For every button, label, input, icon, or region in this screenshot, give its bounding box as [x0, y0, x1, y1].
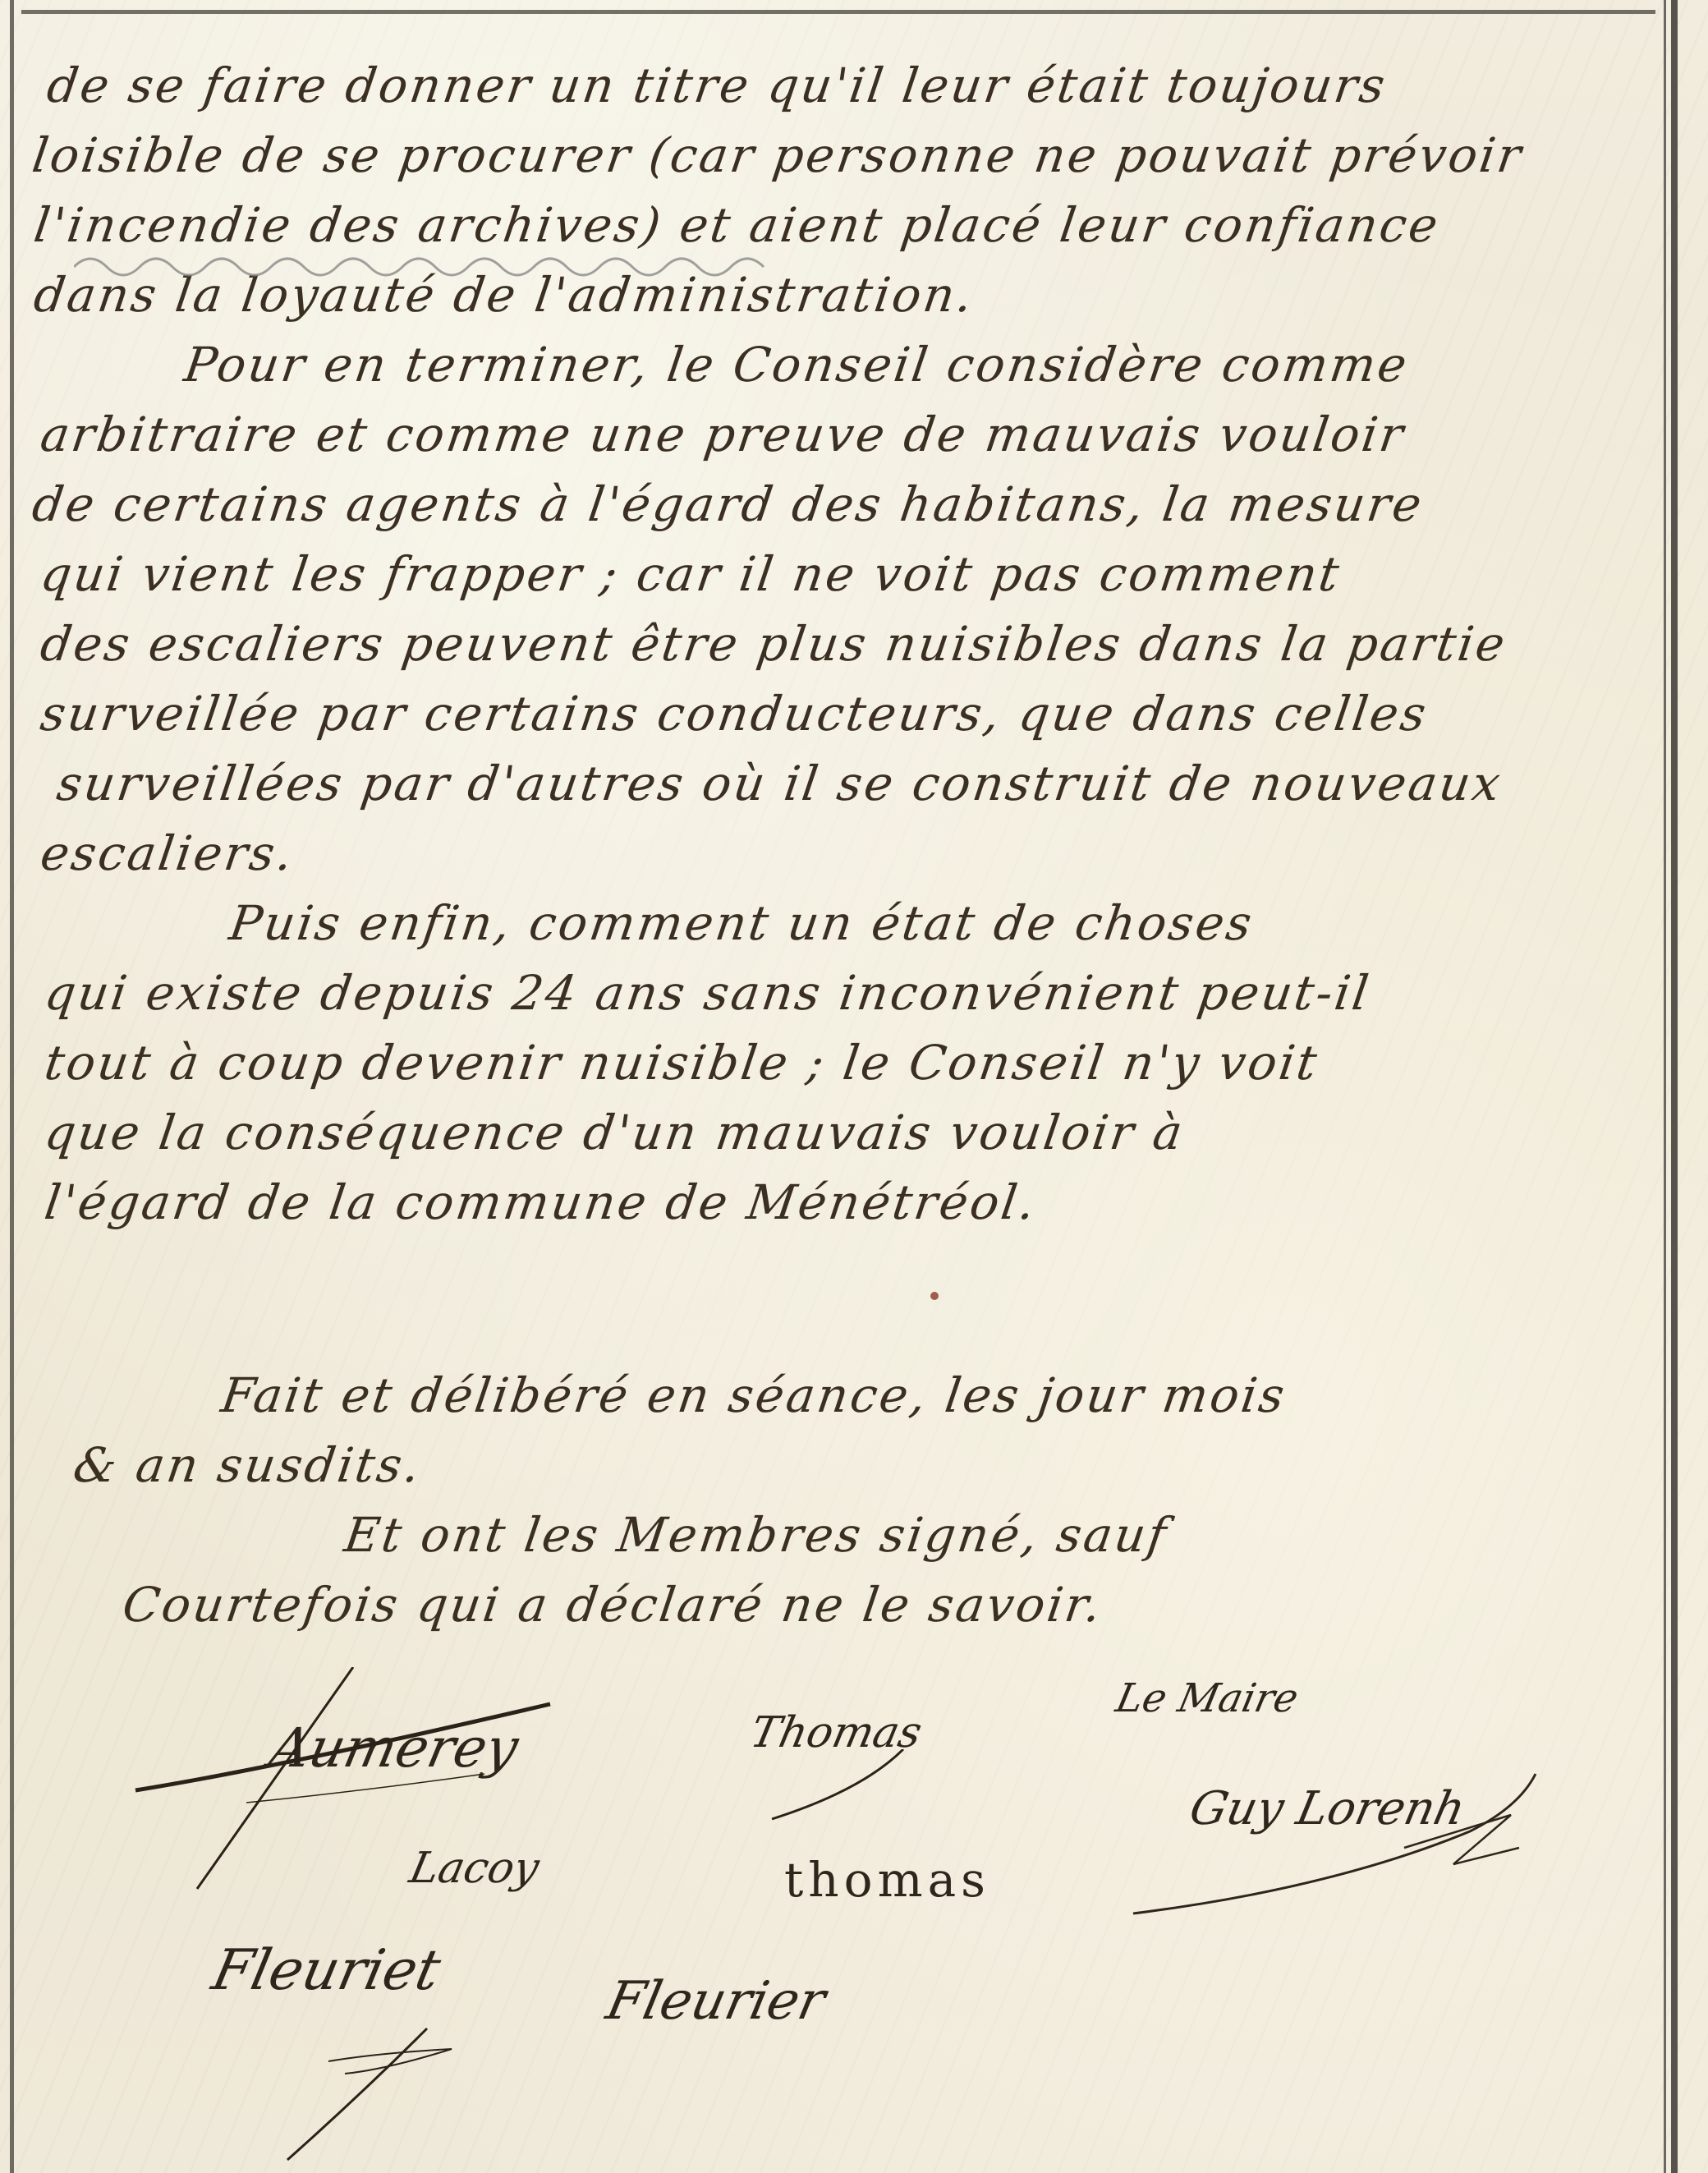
- text-line: arbitraire et comme une preuve de mauvai…: [37, 407, 1409, 462]
- left-margin-rule: [10, 0, 14, 2173]
- text-line: Fait et délibéré en séance, les jour moi…: [218, 1367, 1290, 1423]
- thomas-signature-flourish: [764, 1749, 911, 1823]
- mayor-label: Le Maire: [1112, 1675, 1302, 1721]
- text-line: surveillées par d'autres où il se constr…: [53, 756, 1506, 811]
- text-line: l'incendie des archives) et aient placé …: [30, 197, 1444, 253]
- top-rule: [21, 10, 1655, 14]
- text-line: que la conséquence d'un mauvais vouloir …: [41, 1105, 1188, 1160]
- text-line: & an susdits.: [70, 1437, 425, 1493]
- right-margin-rule-thin: [1664, 0, 1666, 2173]
- right-margin-rule-thick: [1671, 0, 1678, 2173]
- text-line: des escaliers peuvent être plus nuisible…: [37, 616, 1510, 672]
- text-line: Puis enfin, comment un état de choses: [226, 895, 1257, 951]
- signature-thomas-2: thomas: [784, 1852, 990, 1908]
- document-page: de se faire donner un titre qu'il leur é…: [0, 0, 1708, 2173]
- text-line: Pour en terminer, le Conseil considère c…: [181, 337, 1412, 393]
- text-line: escaliers.: [37, 825, 298, 881]
- ink-stain: [930, 1292, 939, 1300]
- text-line: qui vient les frapper ; car il ne voit p…: [37, 546, 1344, 602]
- signature-mayor: Guy Lorenh: [1185, 1782, 1470, 1835]
- text-line: tout à coup devenir nuisible ; le Consei…: [41, 1035, 1322, 1091]
- text-line: Courtefois qui a déclaré ne le savoir.: [119, 1577, 1107, 1633]
- text-line: surveillée par certains conducteurs, que…: [37, 686, 1431, 742]
- signature-fleuriet: Fleuriet: [207, 1938, 447, 2003]
- text-line: de certains agents à l'égard des habitan…: [29, 476, 1427, 532]
- signature-fleurier: Fleurier: [601, 1971, 830, 2032]
- text-line: de se faire donner un titre qu'il leur é…: [44, 57, 1390, 113]
- signature-lacoy: Lacoy: [406, 1844, 544, 1893]
- text-line: qui existe depuis 24 ans sans inconvénie…: [41, 965, 1374, 1021]
- pencil-wavy-underline: [74, 246, 772, 279]
- signature-thomas-1: Thomas: [746, 1708, 926, 1757]
- text-line: l'égard de la commune de Ménétréol.: [41, 1174, 1040, 1230]
- text-line: loisible de se procurer (car personne ne…: [29, 127, 1527, 183]
- text-line: Et ont les Membres signé, sauf: [341, 1507, 1172, 1563]
- signature-aumerey: Aumerey: [264, 1716, 524, 1780]
